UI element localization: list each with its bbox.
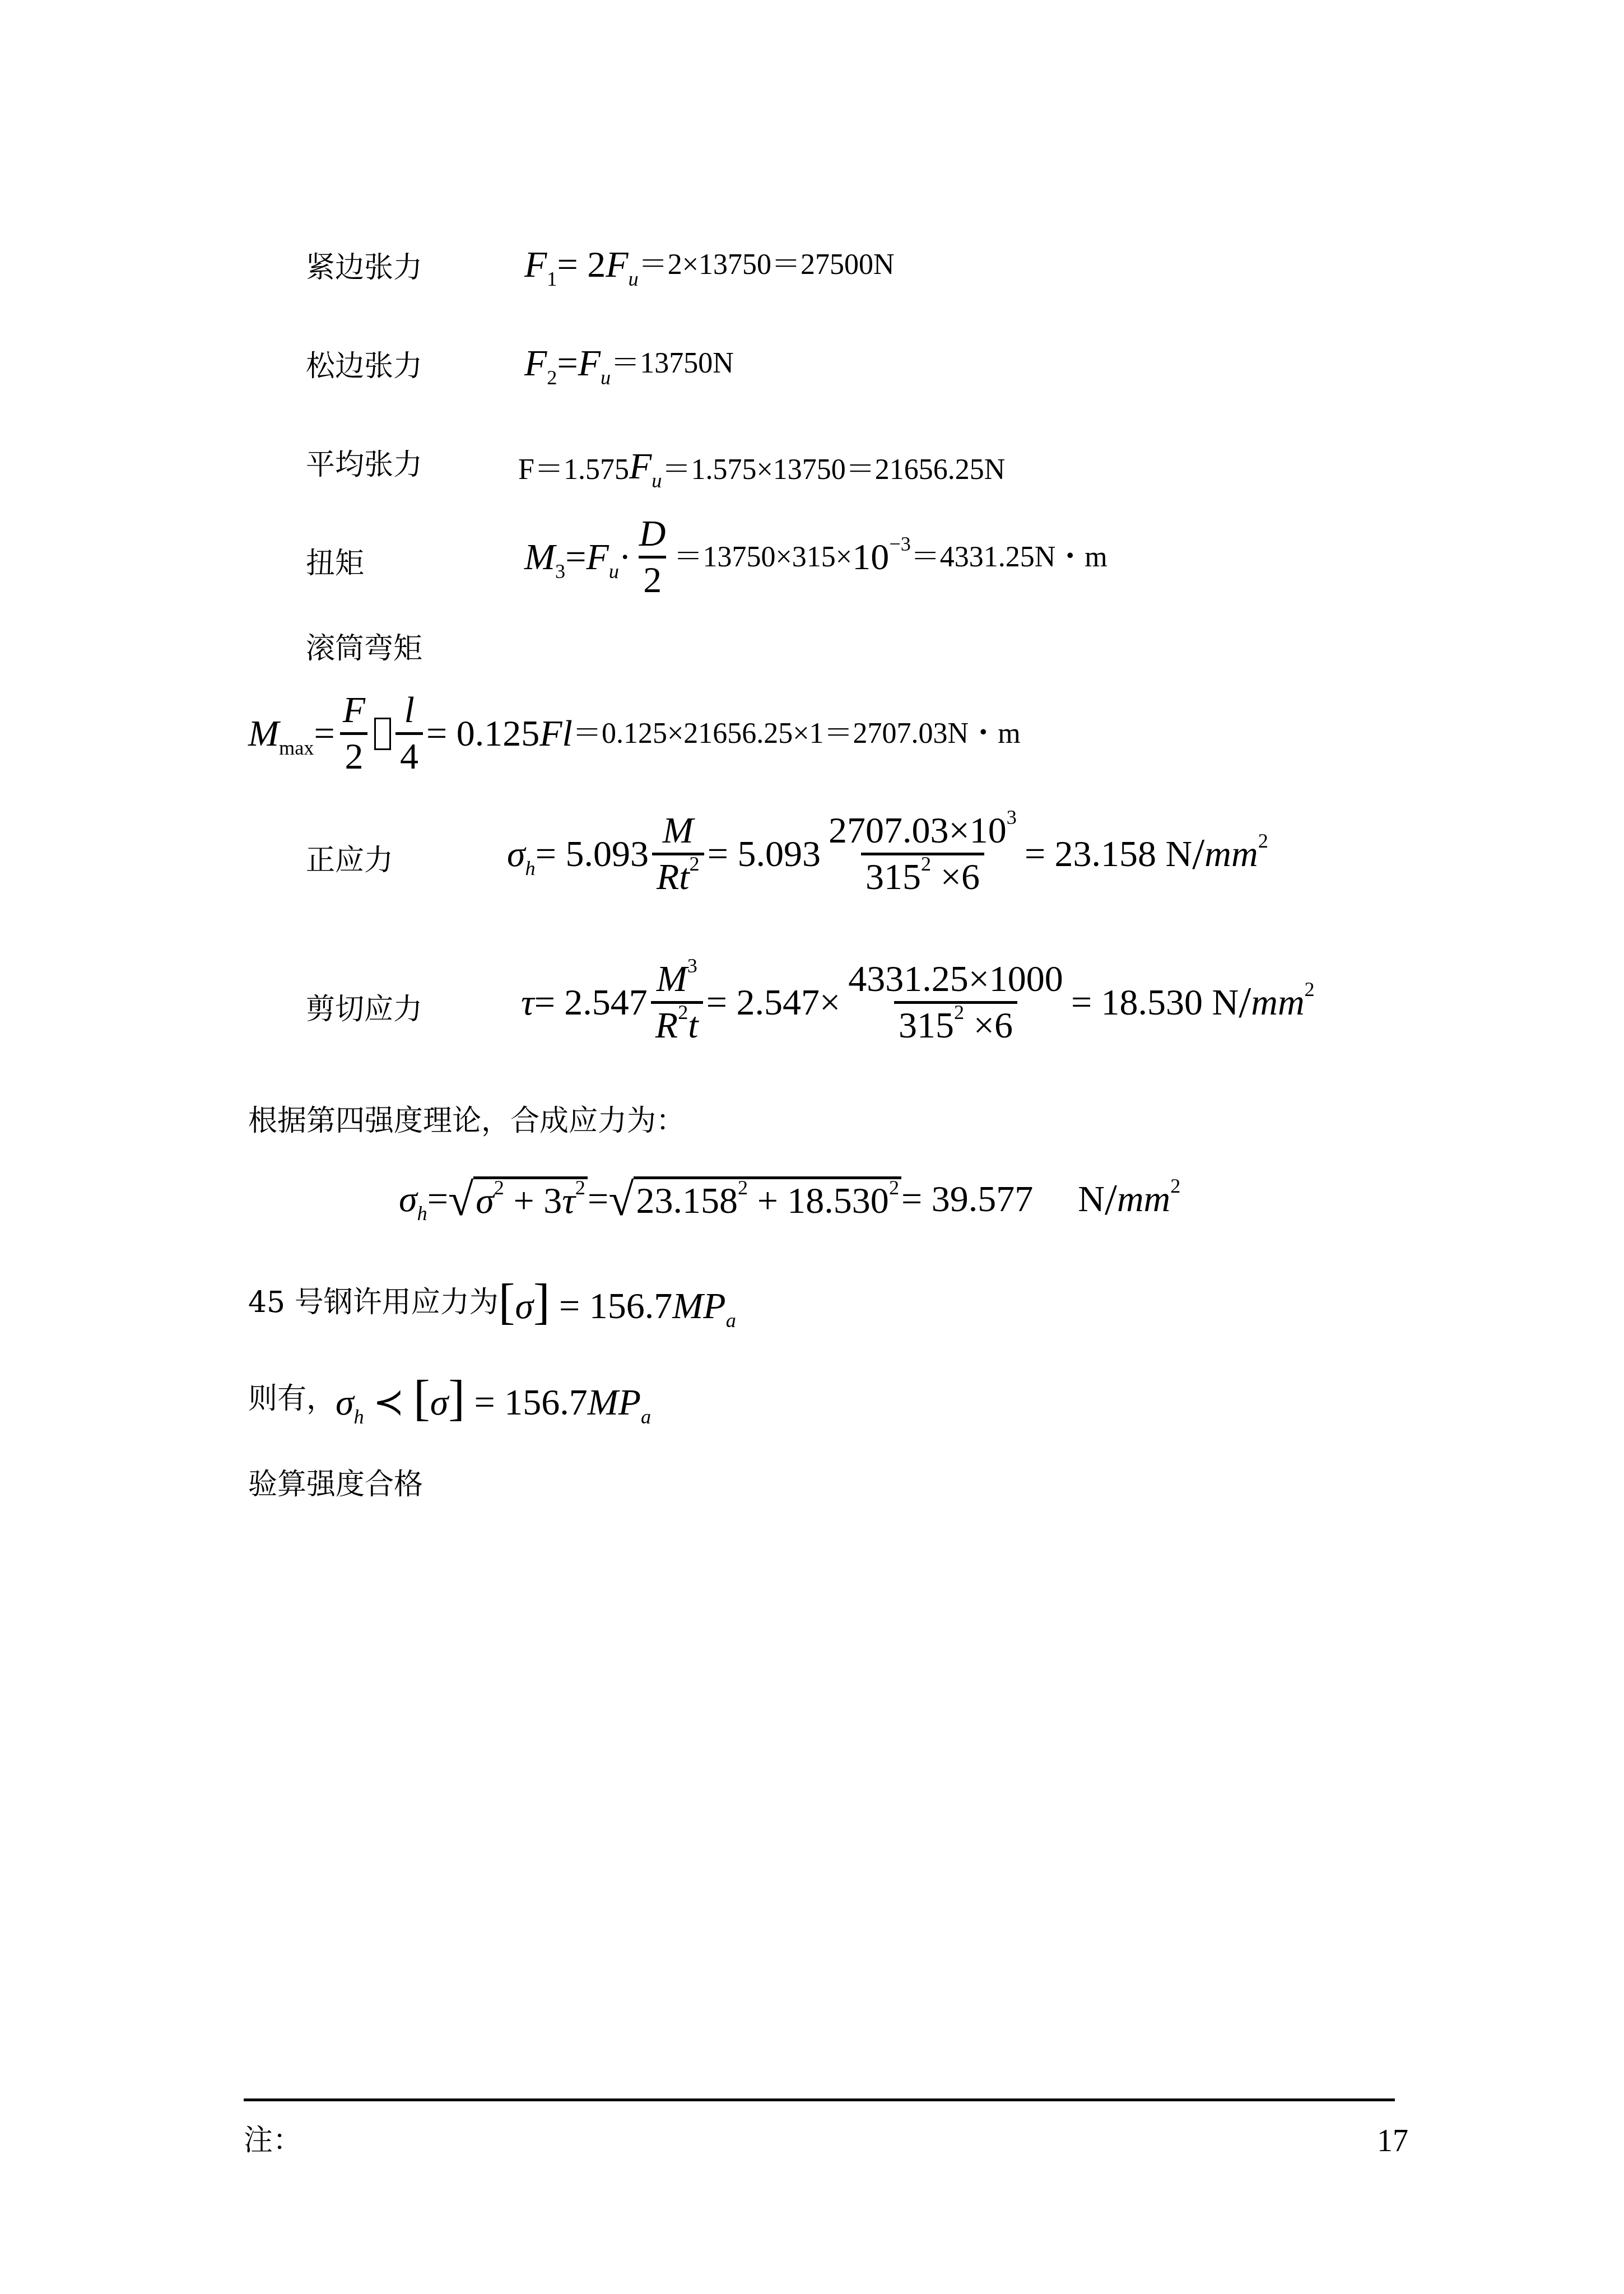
sub: 2 <box>547 366 557 389</box>
result: = 39.577 <box>901 1181 1033 1218</box>
numerator: M <box>657 958 687 999</box>
calc-result: ＝2×13750＝27500N <box>639 250 895 280</box>
sigma: σ <box>430 1382 449 1423</box>
numerator: D <box>639 513 666 554</box>
var-f: F <box>524 244 547 285</box>
dot: · <box>619 539 631 576</box>
torque-formula: M3 = Fu · D2 ＝13750×315× 10−3 ＝4331.25N・… <box>524 515 1108 599</box>
var-sigma: σ <box>507 834 525 874</box>
denominator-tail: ×6 <box>964 1005 1013 1046</box>
denominator: 2 <box>340 732 367 775</box>
sigma: σ <box>515 1286 533 1327</box>
unit-exp: 2 <box>1305 978 1315 1001</box>
denominator-tail: ×6 <box>931 857 980 897</box>
average-tension-label: 平均张力 <box>306 450 422 480</box>
slash: / <box>1192 832 1204 876</box>
var-m: M <box>248 713 279 754</box>
exp: 2 <box>575 1176 585 1199</box>
denominator: Rt <box>657 857 690 897</box>
result: = 18.530 N <box>1071 984 1239 1021</box>
radical-icon: √ <box>448 1176 473 1223</box>
footer-rule <box>244 2098 1395 2101</box>
sub-u: u <box>629 268 639 290</box>
fraction-m3-over-r2t: M3R2t <box>651 961 703 1044</box>
footer-note-label: 注： <box>244 2126 302 2155</box>
term-a: 23.158 <box>636 1180 738 1221</box>
var-fu: F <box>606 244 628 285</box>
coefficient: = 2.547 <box>534 984 648 1021</box>
tight-side-tension-label: 紧边张力 <box>306 253 422 282</box>
exp: 2 <box>954 1001 964 1023</box>
square-root-symbolic: √ σ2 + 3τ2 <box>448 1176 588 1223</box>
fraction-d-over-2: D2 <box>635 515 671 599</box>
sub-h: h <box>354 1406 364 1428</box>
unit-sub: a <box>726 1309 736 1332</box>
comparison-line: 则有， σh ≺ [σ] = 156.7MPa <box>248 1374 651 1423</box>
exp: 3 <box>1007 806 1017 829</box>
var-tau: τ <box>521 984 534 1021</box>
comparison-text: 则有， <box>248 1384 336 1413</box>
coefficient: = 5.093 <box>708 836 821 873</box>
coefficient: = 2.547× <box>706 984 840 1021</box>
slack-side-tension-label: 松边张力 <box>306 352 422 381</box>
normal-stress-formula: σh = 5.093 MRt2 = 5.093 2707.03×1033152 … <box>507 812 1268 896</box>
normal-stress-label: 正应力 <box>306 846 393 875</box>
slash: / <box>1105 1178 1117 1222</box>
power-base: 10 <box>852 537 889 578</box>
equals: = <box>427 1181 448 1218</box>
var-m: M <box>524 537 555 578</box>
sub-max: max <box>279 737 314 759</box>
equals: = <box>565 539 586 576</box>
torque-label: 扭矩 <box>306 549 364 578</box>
exp: 2 <box>678 1001 688 1023</box>
exp: 2 <box>921 853 931 875</box>
conclusion: 验算强度合格 <box>248 1470 423 1499</box>
term-b: + 18.530 <box>748 1180 889 1221</box>
square-root-numeric: √ 23.1582 + 18.5302 <box>608 1176 901 1223</box>
var-sigma: σ <box>399 1179 417 1220</box>
calc-mid: ＝13750×315× <box>674 543 853 572</box>
drum-bending-moment-formula: Mmax = F2 l4 = 0.125 Fl ＝0.125×21656.25×… <box>248 692 1021 775</box>
numerator: l <box>404 690 414 730</box>
slack-side-tension-formula: F2 = Fu ＝13750N <box>524 345 734 382</box>
combined-stress-formula: σh = √ σ2 + 3τ2 = √ 23.1582 + 18.5302 = … <box>399 1176 1180 1223</box>
unit-exp: 2 <box>1170 1175 1180 1198</box>
var-fu: F <box>578 343 601 384</box>
denominator: 4 <box>395 732 423 775</box>
unit: mm <box>1251 982 1304 1023</box>
fraction-l-over-4: l4 <box>395 692 423 775</box>
exp: 2 <box>738 1176 748 1199</box>
numerator: 2707.03×10 <box>829 810 1007 851</box>
missing-glyph-box <box>374 718 391 750</box>
exp: 2 <box>494 1176 504 1199</box>
denominator-tail: t <box>688 1005 698 1046</box>
fraction-f-over-2: F2 <box>338 692 370 775</box>
tau: τ <box>562 1180 575 1221</box>
calc-result: ＝13750N <box>611 349 734 378</box>
numerator: M <box>663 810 694 851</box>
unit-n: N <box>1078 1181 1105 1218</box>
var-fl: Fl <box>539 715 573 752</box>
unit: mm <box>1204 834 1258 874</box>
tight-side-tension-formula: F1 = 2 Fu ＝2×13750＝27500N <box>524 246 895 283</box>
drum-bending-moment-label: 滚筒弯矩 <box>306 634 422 663</box>
sub: 3 <box>555 560 565 583</box>
unit: mm <box>1117 1179 1170 1220</box>
allowable-stress-line: 45 号钢许用应力为 [σ] = 156.7MPa <box>248 1277 736 1327</box>
bracket-close: ] <box>448 1371 465 1426</box>
equals: = <box>557 345 578 382</box>
numerator: F <box>343 690 365 730</box>
var-f: F <box>524 343 547 384</box>
var-fu: F <box>629 446 652 487</box>
calc-result: ＝0.125×21656.25×1＝2707.03N・m <box>573 719 1021 748</box>
bracket-close: ] <box>533 1274 550 1329</box>
denominator: 2 <box>639 556 666 599</box>
sub-h: h <box>417 1203 427 1225</box>
allowable-stress-text: 45 号钢许用应力为 <box>248 1288 499 1317</box>
unit-exp: 2 <box>1258 830 1268 852</box>
slash: / <box>1239 980 1251 1025</box>
exp: 2 <box>690 853 700 875</box>
denominator: R <box>655 1005 678 1046</box>
sub-u: u <box>609 560 619 583</box>
radical-icon: √ <box>608 1176 634 1223</box>
denominator: 315 <box>865 857 921 897</box>
sub-u: u <box>601 366 611 389</box>
exp: 3 <box>687 955 697 977</box>
result: = 23.158 N <box>1025 836 1192 873</box>
average-tension-formula: F＝1.575 Fu ＝1.575×13750＝21656.25N <box>518 445 1005 487</box>
sigma: σ <box>336 1382 354 1423</box>
exp: 2 <box>889 1176 899 1199</box>
unit: MP <box>672 1286 725 1327</box>
calc-result: ＝4331.25N・m <box>911 543 1108 572</box>
denominator: 315 <box>899 1005 954 1046</box>
var-fu: F <box>586 537 608 578</box>
calc-result: ＝1.575×13750＝21656.25N <box>662 445 1005 487</box>
equals: = <box>588 1181 608 1218</box>
shear-stress-label: 剪切应力 <box>306 995 422 1024</box>
coefficient: = 5.093 <box>536 836 649 873</box>
fraction-m-over-rt2: MRt2 <box>652 812 704 896</box>
sub-h: h <box>525 857 536 880</box>
coefficient: = 0.125 <box>426 715 539 752</box>
fraction-numeric: 2707.03×1033152 ×6 <box>824 812 1021 896</box>
value: = 156.7 <box>465 1382 588 1423</box>
equals-two: = 2 <box>557 246 606 283</box>
power-exp: −3 <box>889 533 911 555</box>
bracket-open: [ <box>499 1274 515 1329</box>
sub-u: u <box>652 469 662 492</box>
plus-three: + 3 <box>504 1180 562 1221</box>
precedes: ≺ <box>364 1382 413 1423</box>
equals: = <box>314 715 334 752</box>
page-number: 17 <box>1377 2123 1408 2159</box>
unit-sub: a <box>641 1406 651 1428</box>
fourth-theory-intro: 根据第四强度理论，合成应力为： <box>248 1106 685 1136</box>
shear-stress-formula: τ = 2.547 M3R2t = 2.547× 4331.25×1000315… <box>521 961 1315 1044</box>
sub: 1 <box>547 268 557 290</box>
value: = 156.7 <box>550 1286 673 1327</box>
fraction-numeric: 4331.25×10003152 ×6 <box>844 961 1068 1044</box>
bracket-open: [ <box>413 1371 430 1426</box>
calc-prefix: F＝1.575 <box>518 445 629 487</box>
sigma: σ <box>476 1180 494 1221</box>
unit: MP <box>588 1382 641 1423</box>
